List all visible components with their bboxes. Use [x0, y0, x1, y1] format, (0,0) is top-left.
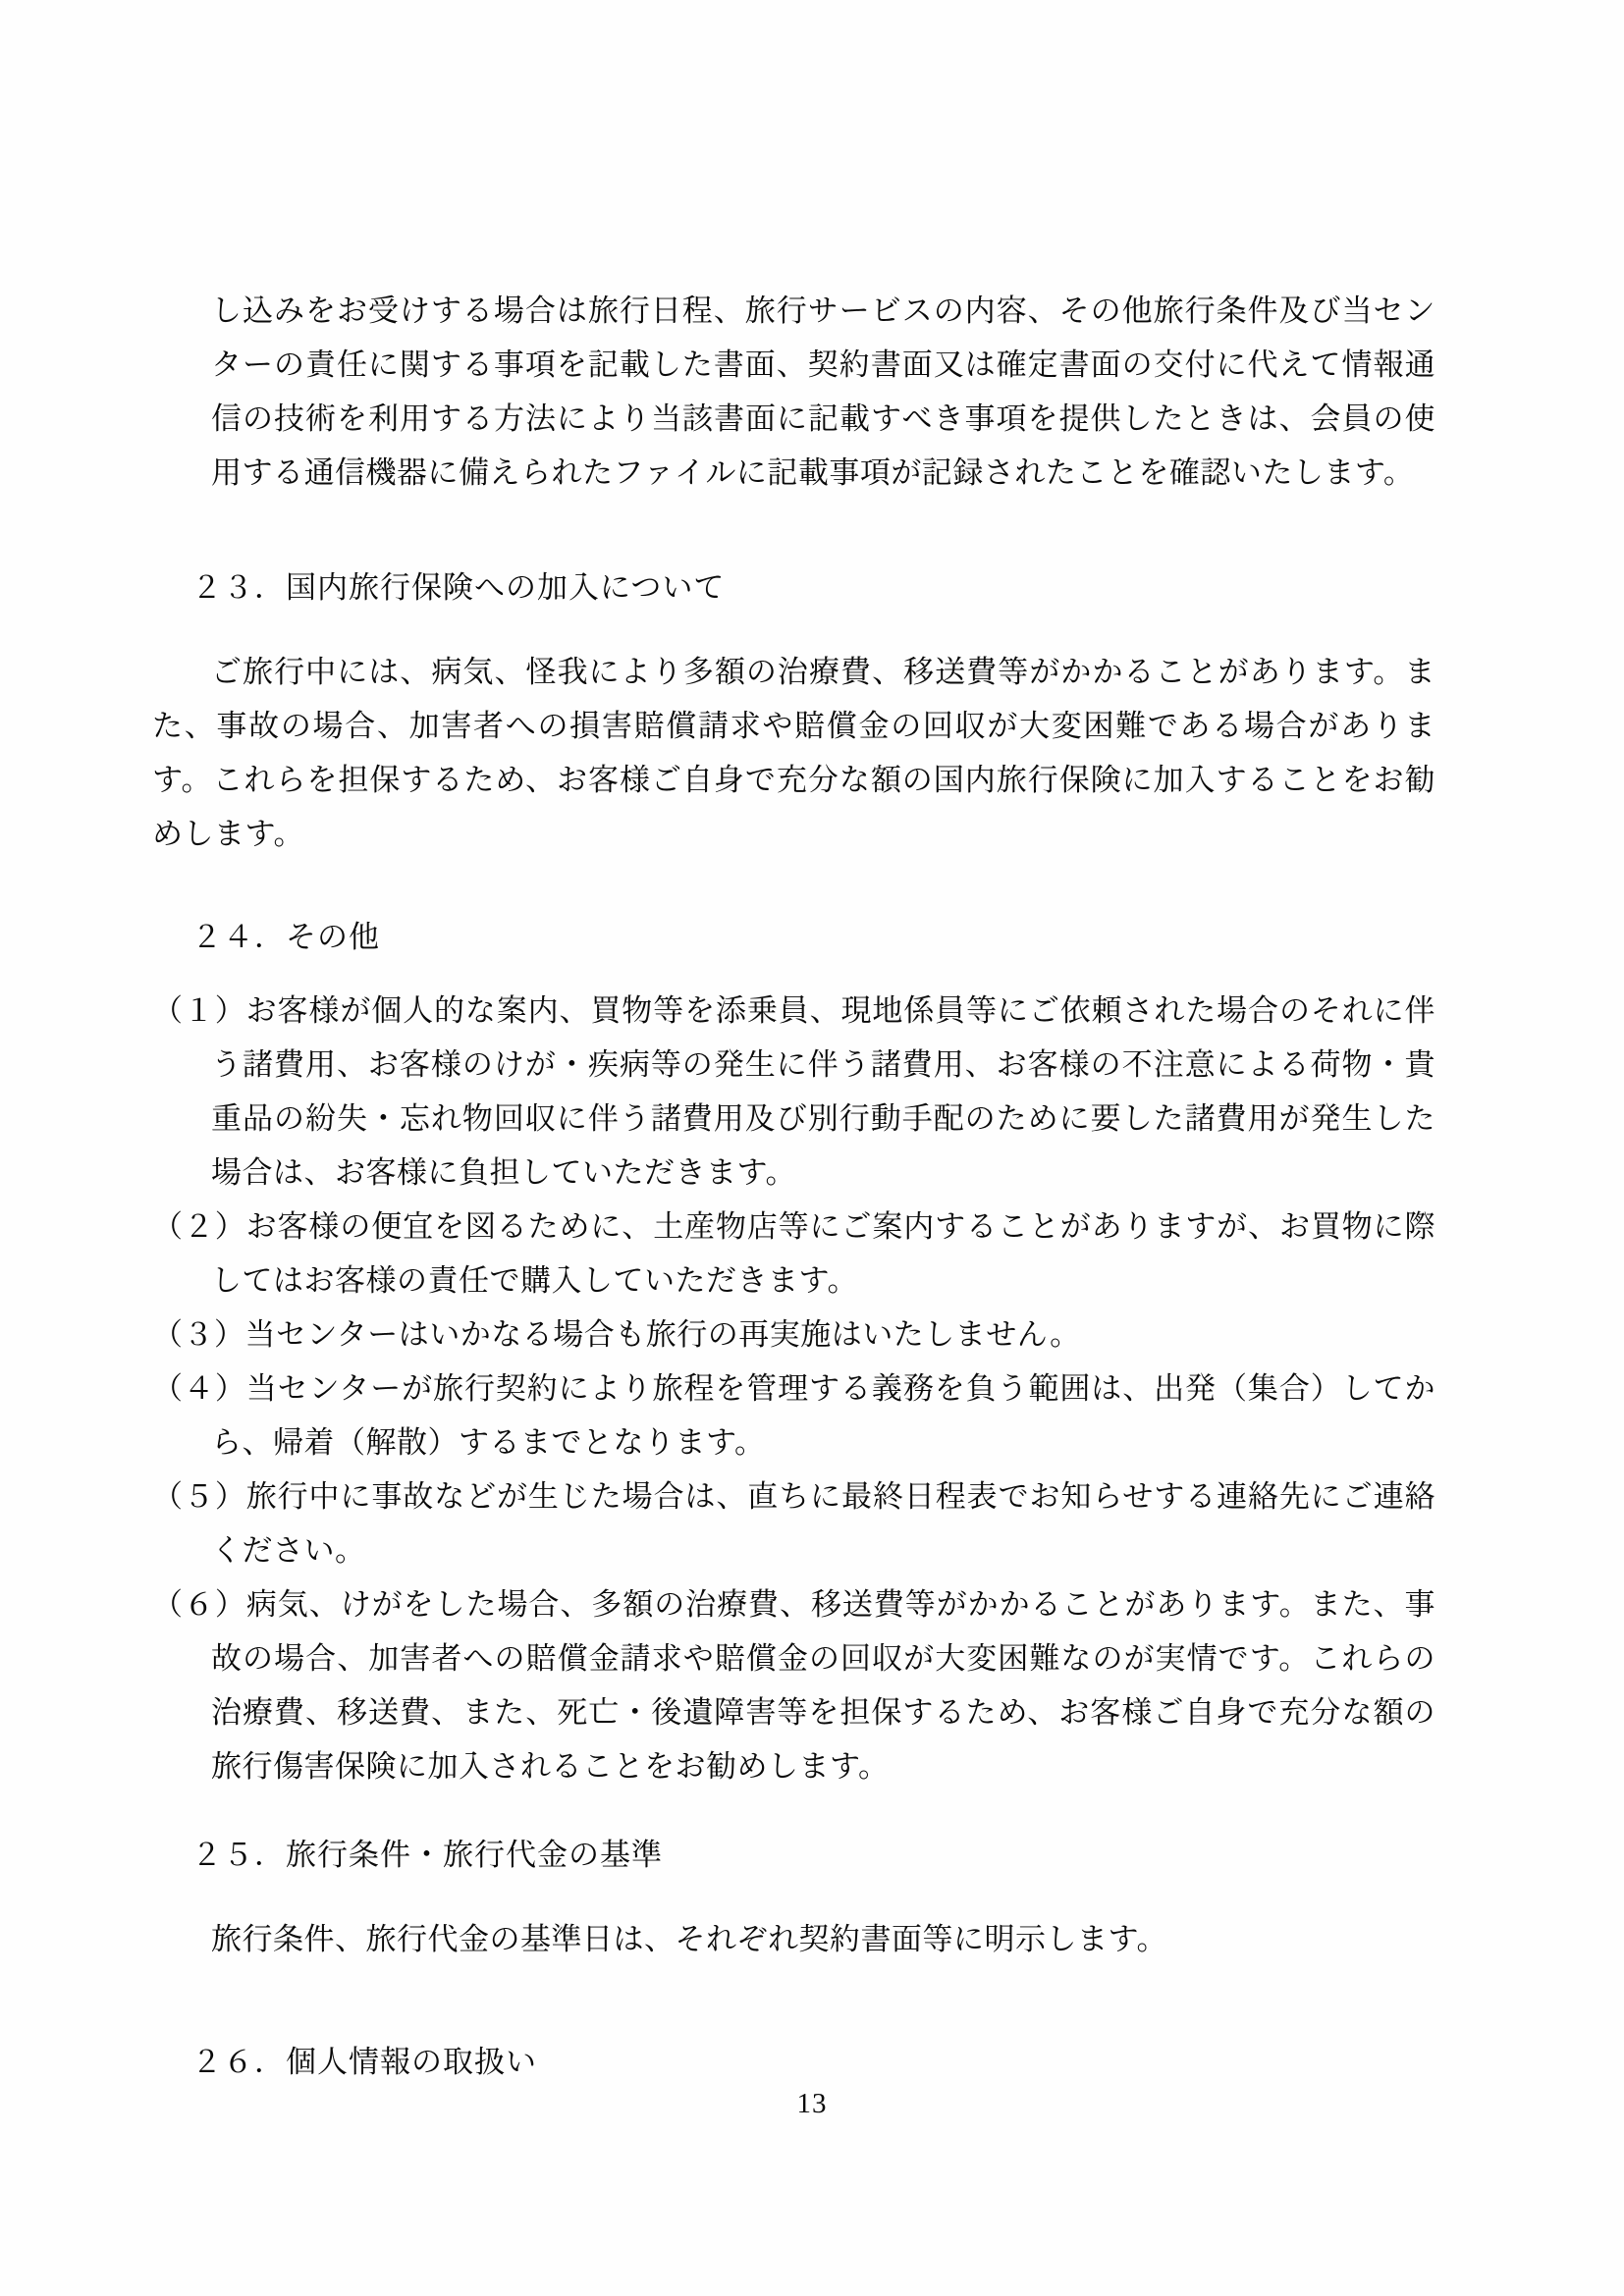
section-24-list: （１）お客様が個人的な案内、買物等を添乗員、現地係員等にご依頼された場合のそれに… — [152, 984, 1435, 1793]
section-23-heading: ２３．国内旅行保険への加入について — [191, 561, 1435, 614]
section-26: ２６．個人情報の取扱い — [152, 2035, 1435, 2089]
document-page: し込みをお受けする場合は旅行日程、旅行サービスの内容、その他旅行条件及び当センタ… — [0, 0, 1624, 2296]
section-24: ２４．その他 （１）お客様が個人的な案内、買物等を添乗員、現地係員等にご依頼され… — [152, 910, 1435, 1793]
section-23: ２３．国内旅行保険への加入について ご旅行中には、病気、怪我により多額の治療費、… — [152, 561, 1435, 861]
list-item-6: （６）病気、けがをした場合、多額の治療費、移送費等がかかることがあります。また、… — [152, 1577, 1435, 1793]
section-25: ２５．旅行条件・旅行代金の基準 旅行条件、旅行代金の基準日は、それぞれ契約書面等… — [152, 1828, 1435, 1966]
section-25-paragraph: 旅行条件、旅行代金の基準日は、それぞれ契約書面等に明示します。 — [152, 1912, 1435, 1966]
section-25-heading: ２５．旅行条件・旅行代金の基準 — [191, 1828, 1435, 1882]
section-26-heading: ２６．個人情報の取扱い — [191, 2035, 1435, 2089]
list-item-1: （１）お客様が個人的な案内、買物等を添乗員、現地係員等にご依頼された場合のそれに… — [152, 984, 1435, 1200]
list-item-3: （３）当センターはいかなる場合も旅行の再実施はいたしません。 — [152, 1308, 1435, 1362]
list-item-4: （４）当センターが旅行契約により旅程を管理する義務を負う範囲は、出発（集合）して… — [152, 1362, 1435, 1469]
section-23-paragraph: ご旅行中には、病気、怪我により多額の治療費、移送費等がかかることがあります。また… — [152, 645, 1435, 861]
page-number: 13 — [0, 2084, 1624, 2123]
continuation-paragraph: し込みをお受けする場合は旅行日程、旅行サービスの内容、その他旅行条件及び当センタ… — [211, 284, 1435, 500]
section-24-heading: ２４．その他 — [191, 910, 1435, 964]
list-item-2: （２）お客様の便宜を図るために、土産物店等にご案内することがありますが、お買物に… — [152, 1200, 1435, 1308]
list-item-5: （５）旅行中に事故などが生じた場合は、直ちに最終日程表でお知らせする連絡先にご連… — [152, 1469, 1435, 1577]
